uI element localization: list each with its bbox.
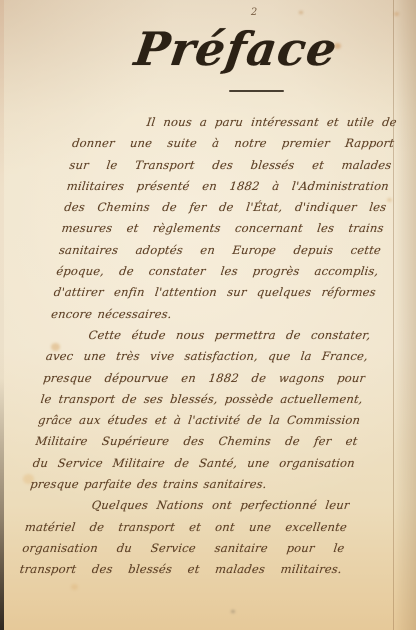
- manuscript-line: Cette étude nous permettra de constater,: [47, 325, 372, 346]
- dust-speck: [231, 610, 235, 613]
- paragraph: Cette étude nous permettra de constater,…: [29, 325, 372, 495]
- manuscript-body: Il nous a paru intéressant et utile dedo…: [18, 112, 398, 581]
- binding-gutter-shadow: [393, 0, 416, 630]
- manuscript-line: époque, de constater les progrès accompl…: [55, 261, 380, 282]
- manuscript-line: du Service Militaire de Santé, une organ…: [32, 453, 357, 474]
- manuscript-line: presque parfaite des trains sanitaires.: [29, 474, 354, 495]
- manuscript-line: d'attirer enfin l'attention sur quelques…: [52, 282, 377, 303]
- manuscript-line: grâce aux études et à l'activité de la C…: [37, 410, 362, 431]
- manuscript-line: le transport de ses blessés, possède act…: [39, 389, 364, 410]
- manuscript-line: transport des blessés et malades militai…: [18, 559, 343, 580]
- manuscript-line: donner une suite à notre premier Rapport: [71, 133, 396, 154]
- manuscript-line: mesures et règlements concernant les tra…: [60, 218, 385, 239]
- foxing-spot: [387, 198, 392, 202]
- manuscript-line: Il nous a paru intéressant et utile de: [73, 112, 398, 133]
- manuscript-line: sur le Transport des blessés et malades: [68, 155, 393, 176]
- manuscript-line: Militaire Supérieure des Chemins de fer …: [34, 431, 359, 452]
- page-number: 2: [246, 7, 262, 18]
- page-title: Préface: [0, 22, 416, 77]
- foxing-spot: [71, 584, 78, 590]
- manuscript-line: encore nécessaires.: [50, 304, 375, 325]
- title-underline: [229, 90, 284, 92]
- manuscript-line: des Chemins de fer de l'État, d'indiquer…: [63, 197, 388, 218]
- manuscript-line: sanitaires adoptés en Europe depuis cett…: [58, 240, 383, 261]
- page-left-edge: [0, 0, 4, 630]
- manuscript-line: Quelques Nations ont perfectionné leur: [26, 495, 351, 516]
- foxing-spot: [394, 12, 399, 16]
- manuscript-page: 2 Préface Il nous a paru intéressant et …: [0, 0, 416, 630]
- manuscript-line: avec une très vive satisfaction, que la …: [45, 346, 370, 367]
- paragraph: Il nous a paru intéressant et utile dedo…: [50, 112, 398, 325]
- manuscript-line: organisation du Service sanitaire pour l…: [21, 538, 346, 559]
- manuscript-line: presque dépourvue en 1882 de wagons pour: [42, 368, 367, 389]
- foxing-spot: [299, 11, 303, 14]
- manuscript-line: matériel de transport et ont une excelle…: [24, 517, 349, 538]
- manuscript-line: militaires présenté en 1882 à l'Administ…: [66, 176, 391, 197]
- paragraph: Quelques Nations ont perfectionné leurma…: [18, 495, 350, 580]
